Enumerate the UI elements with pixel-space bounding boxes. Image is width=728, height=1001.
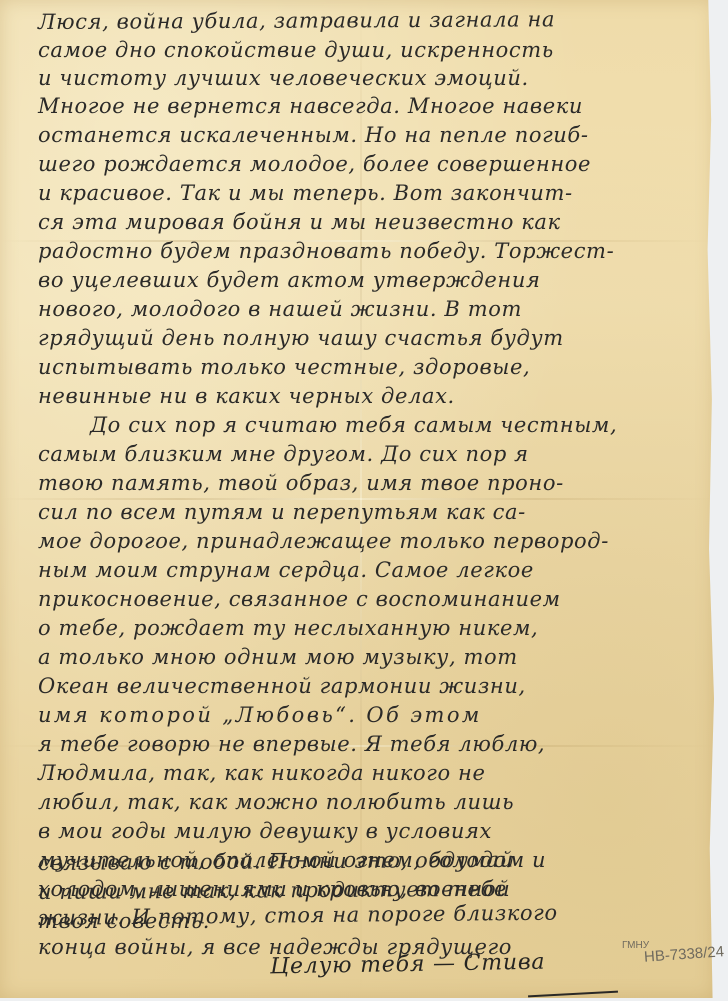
letter-line: я тебе говорю не впервые. Я тебя люблю, [38, 730, 545, 758]
letter-line: самое дно спокойствие души, искренность [38, 36, 554, 64]
letter-line: Люся, война убила, затравила и загнала н… [38, 5, 555, 36]
letter-line: грядущий день полную чашу счастья будут [38, 324, 564, 352]
letter-line: радостно будем праздновать победу. Торже… [38, 237, 614, 265]
letter-line: имя которой „Любовь“. Об этом [38, 701, 482, 729]
letter-line: о тебе, рождает ту неслыханную никем, [38, 614, 538, 642]
letter-line: твою память, твой образ, имя твое проно- [38, 469, 564, 497]
letter-line: Людмила, так, как никогда никого не [38, 759, 486, 787]
letter-line: шего рождается молодое, более совершенно… [38, 150, 591, 178]
letter-line: нового, молодого в нашей жизни. В тот [38, 295, 522, 323]
letter-line: и красивое. Так и мы теперь. Вот закончи… [38, 179, 573, 207]
letter-line: и чистоту лучших человеческих эмоций. [38, 64, 529, 92]
letter-line: в мои годы милую девушку в условиях [38, 817, 492, 845]
letter-line: останется искалеченным. Но на пепле поги… [38, 121, 589, 149]
letter-line: во уцелевших будет актом утверждения [38, 266, 540, 294]
letter-line: испытывать только честные, здоровые, [38, 353, 530, 381]
letter-line: мое дорогое, принадлежащее только первор… [38, 527, 609, 555]
letter-line: и пиши мне так, как продиктует тебе [38, 875, 507, 906]
letter-line: твоя совесть. [38, 907, 210, 935]
letter-line: ся эта мировая бойня и мы неизвестно как [38, 208, 561, 236]
letter-line: До сих пор я считаю тебя самым честным, [90, 411, 617, 439]
letter-line: невинные ни в каких черных делах. [38, 382, 455, 410]
signature: Целую тебя — Стива [270, 950, 546, 980]
letter-line: ным моим струнам сердца. Самое легкое [38, 556, 534, 584]
letter-line: Океан величественной гармонии жизни, [38, 672, 526, 700]
letter-line: самым близким мне другом. До сих пор я [38, 440, 529, 468]
letter-line: сил по всем путям и перепутьям как са- [38, 498, 526, 526]
letter-line: прикосновение, связанное с воспоминанием [38, 585, 561, 613]
letter-line: а только мною одним мою музыку, тот [38, 643, 518, 671]
letter-line: связываю с тобой. Помни это, обдумай [38, 846, 514, 877]
archive-vertical-label: ГМНУ [622, 940, 632, 951]
letter-line: любил, так, как можно полюбить лишь [38, 788, 514, 816]
letter-line: Многое не вернется навсегда. Многое наве… [38, 92, 583, 120]
